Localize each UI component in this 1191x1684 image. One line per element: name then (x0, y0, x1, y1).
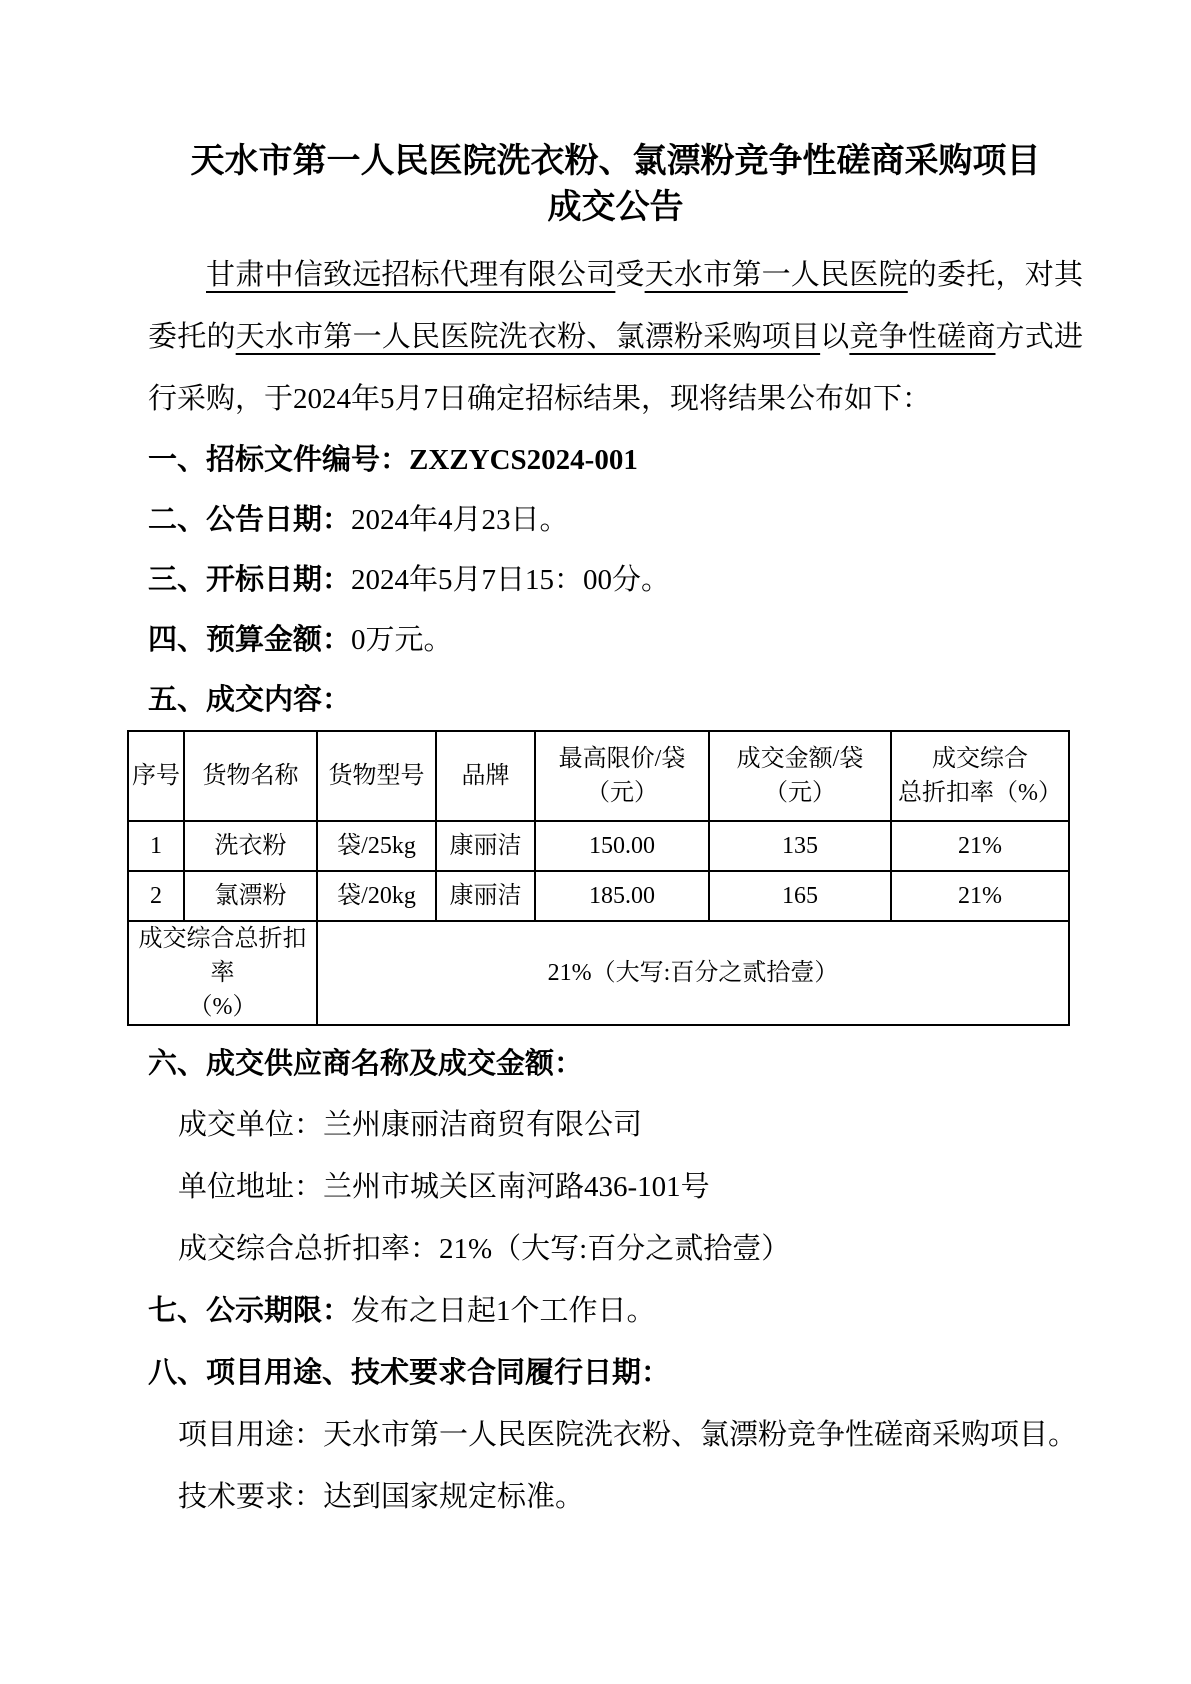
page-title-line1: 天水市第一人民医院洗衣粉、氯漂粉竞争性磋商采购项目 (148, 138, 1083, 184)
intro-segment: 甘肃中信致远招标代理有限公司 (206, 259, 615, 291)
cell-max-price: 185.00 (535, 871, 709, 921)
item-2-announce-date: 二、公告日期：2024年4月23日。 (148, 490, 1083, 550)
item-2-value: 2024年4月23日。 (351, 504, 569, 536)
page-title: 天水市第一人民医院洗衣粉、氯漂粉竞争性磋商采购项目 成交公告 (148, 138, 1083, 230)
item-4-budget: 四、预算金额：0万元。 (148, 610, 1083, 670)
cell-goods-name: 氯漂粉 (184, 871, 317, 921)
award-table: 序号 货物名称 货物型号 品牌 最高限价/袋（元） 成交金额/袋（元） 成交综合… (127, 730, 1070, 1026)
header-cell-goods-name: 货物名称 (184, 731, 317, 821)
intro-segment: 以 (820, 321, 849, 353)
header-cell-seq: 序号 (128, 731, 184, 821)
supplier-address-line: 单位地址：兰州市城关区南河路436-101号 (148, 1156, 1083, 1218)
item-7-value: 发布之日起1个工作日。 (351, 1295, 656, 1327)
technical-requirement-line: 技术要求：达到国家规定标准。 (148, 1466, 1083, 1528)
header-cell-award-amount: 成交金额/袋（元） (709, 731, 891, 821)
numbered-items: 一、招标文件编号：ZXZYCS2024-001 二、公告日期：2024年4月23… (148, 430, 1083, 730)
intro-segment: 天水市第一人民医院 (645, 259, 908, 291)
item-4-value: 0万元。 (351, 624, 453, 656)
table-row: 2 氯漂粉 袋/20kg 康丽洁 185.00 165 21% (128, 871, 1069, 921)
cell-goods-model: 袋/25kg (317, 821, 436, 871)
cell-award-amount: 135 (709, 821, 891, 871)
table-footer-row: 成交综合总折扣率 （%） 21%（大写:百分之贰拾壹） (128, 921, 1069, 1025)
cell-goods-name: 洗衣粉 (184, 821, 317, 871)
header-cell-brand: 品牌 (436, 731, 535, 821)
item-3-open-date: 三、开标日期：2024年5月7日15：00分。 (148, 550, 1083, 610)
item-1-doc-number: 一、招标文件编号：ZXZYCS2024-001 (148, 430, 1083, 490)
table-header-row: 序号 货物名称 货物型号 品牌 最高限价/袋（元） 成交金额/袋（元） 成交综合… (128, 731, 1069, 821)
header-cell-max-price: 最高限价/袋（元） (535, 731, 709, 821)
cell-discount: 21% (891, 871, 1069, 921)
item-3-label: 三、开标日期： (148, 564, 351, 596)
intro-paragraph: 甘肃中信致远招标代理有限公司受天水市第一人民医院的委托，对其委托的天水市第一人民… (148, 244, 1083, 430)
item-5-label: 五、成交内容： (148, 684, 351, 716)
section-8-heading: 八、项目用途、技术要求合同履行日期： (148, 1342, 1083, 1404)
intro-segment: 竞争性磋商 (849, 321, 995, 353)
discount-rate-line: 成交综合总折扣率：21%（大写:百分之贰拾壹） (148, 1218, 1083, 1280)
cell-max-price: 150.00 (535, 821, 709, 871)
header-cell-discount: 成交综合 总折扣率（%） (891, 731, 1069, 821)
cell-brand: 康丽洁 (436, 871, 535, 921)
item-7-publicity-period: 七、公示期限：发布之日起1个工作日。 (148, 1280, 1083, 1342)
cell-award-amount: 165 (709, 871, 891, 921)
cell-goods-model: 袋/20kg (317, 871, 436, 921)
supplier-name-line: 成交单位：兰州康丽洁商贸有限公司 (148, 1094, 1083, 1156)
cell-brand: 康丽洁 (436, 821, 535, 871)
item-2-label: 二、公告日期： (148, 504, 351, 536)
item-7-label: 七、公示期限： (148, 1295, 351, 1327)
page-title-line2: 成交公告 (148, 184, 1083, 230)
header-cell-goods-model: 货物型号 (317, 731, 436, 821)
item-3-value: 2024年5月7日15：00分。 (351, 564, 670, 596)
table-row: 1 洗衣粉 袋/25kg 康丽洁 150.00 135 21% (128, 821, 1069, 871)
document-page: 天水市第一人民医院洗衣粉、氯漂粉竞争性磋商采购项目 成交公告 甘肃中信致远招标代… (0, 0, 1191, 1684)
cell-discount: 21% (891, 821, 1069, 871)
footer-label-cell: 成交综合总折扣率 （%） (128, 921, 317, 1025)
project-purpose-line: 项目用途：天水市第一人民医院洗衣粉、氯漂粉竞争性磋商采购项目。 (148, 1404, 1083, 1466)
intro-segment: 天水市第一人民医院洗衣粉、氯漂粉采购项目 (236, 321, 820, 353)
section-6-heading: 六、成交供应商名称及成交金额： (148, 1034, 1083, 1094)
item-4-label: 四、预算金额： (148, 624, 351, 656)
cell-seq: 1 (128, 821, 184, 871)
item-1-label: 一、招标文件编号： (148, 444, 409, 476)
item-5-award-content: 五、成交内容： (148, 670, 1083, 730)
intro-segment: 受 (615, 259, 644, 291)
item-1-value: ZXZYCS2024-001 (409, 444, 638, 476)
footer-value-cell: 21%（大写:百分之贰拾壹） (317, 921, 1069, 1025)
cell-seq: 2 (128, 871, 184, 921)
